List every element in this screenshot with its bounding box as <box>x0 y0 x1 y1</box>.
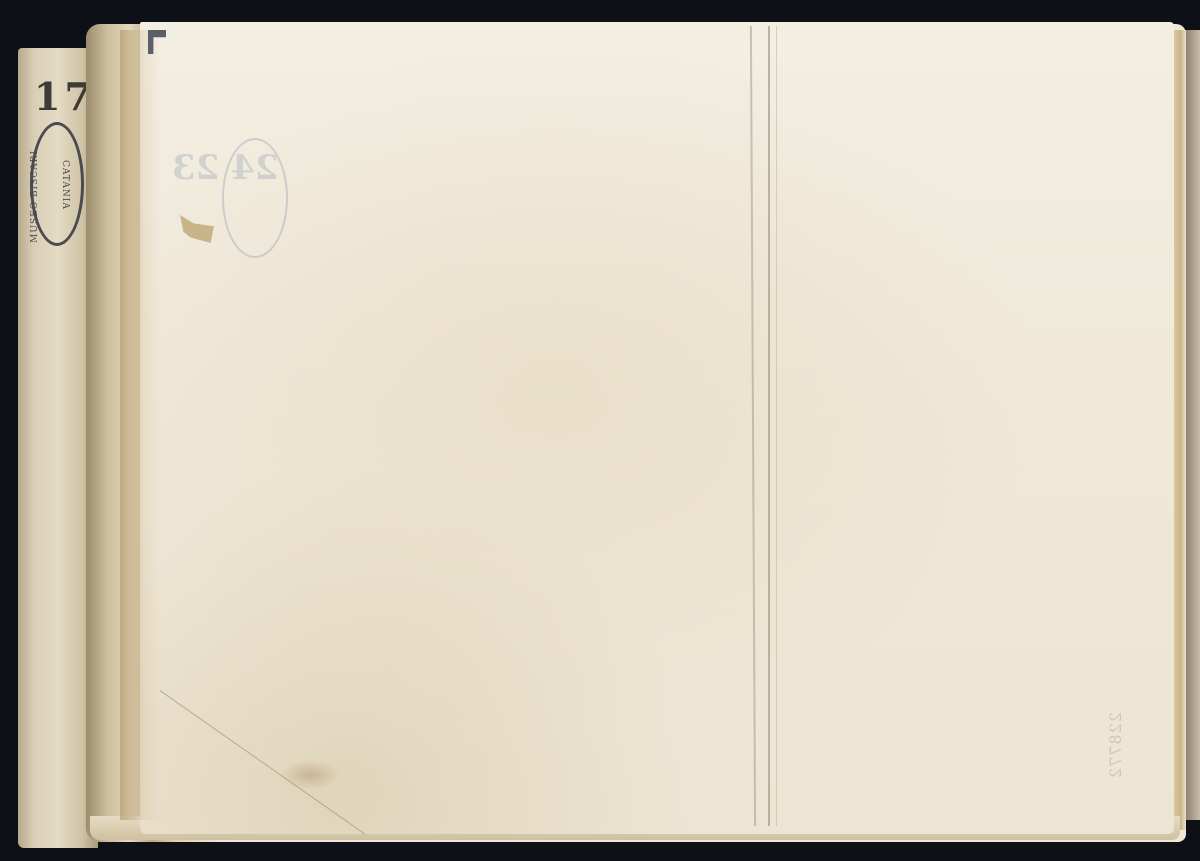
fold-line <box>776 26 777 826</box>
bottom-stain <box>280 760 340 790</box>
blank-leaf <box>140 22 1174 834</box>
bleed-through-stamp <box>222 138 288 258</box>
bleed-through-mark: 228772 <box>1106 712 1125 779</box>
spine-stamp-line2: CATANIA <box>60 160 70 210</box>
spine-stamp-line1: MUSEO BISCARI <box>30 150 40 243</box>
left-margin-stain <box>120 30 160 820</box>
fold-line <box>768 26 770 826</box>
back-cover-edge <box>1186 30 1200 820</box>
